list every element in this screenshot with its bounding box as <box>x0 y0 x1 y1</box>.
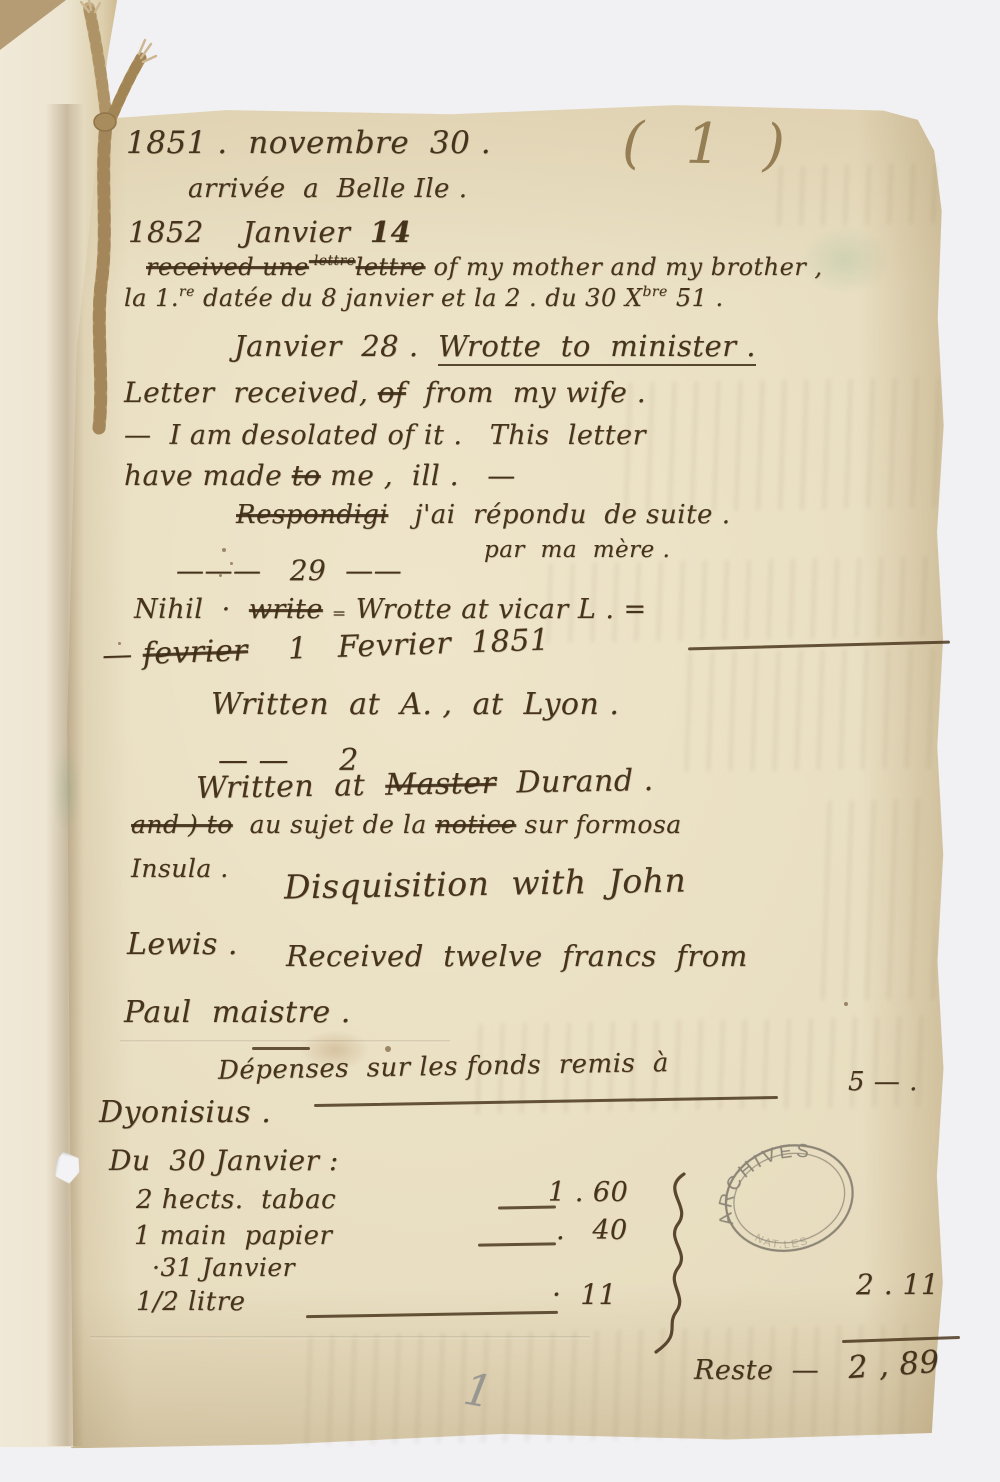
manuscript-line-l32: 2 . 11 <box>856 1270 939 1301</box>
manuscript-segment: Written at A. , at Lyon . <box>211 687 619 722</box>
manuscript-segment: arrivée a Belle Ile . <box>188 174 467 204</box>
manuscript-line-l30: ·31 Janvier <box>152 1254 295 1282</box>
manuscript-line-l18: and ) to au sujet de la notice sur formo… <box>131 811 682 839</box>
manuscript-segment: Lewis . <box>127 927 238 962</box>
manuscript-segment: 5 — . <box>848 1067 918 1097</box>
manuscript-line-l17: Written at Master Durand . <box>196 764 654 805</box>
manuscript-segment: . 40 <box>556 1215 628 1246</box>
manuscript-segment: of <box>378 376 406 409</box>
manuscript-segment: me , ill . — <box>321 459 516 492</box>
manuscript-segment: 2 hects. tabac <box>136 1185 336 1215</box>
manuscript-line-l31: 1/2 litre <box>136 1288 246 1317</box>
manuscript-line-l15: Written at A. , at Lyon . <box>211 688 619 721</box>
manuscript-segment: Written at <box>196 768 386 806</box>
bleed-through-text <box>619 377 941 513</box>
manuscript-segment: fevrier <box>142 633 249 672</box>
manuscript-line-l05: la 1.re datée du 8 janvier et la 2 . du … <box>124 285 724 311</box>
manuscript-line-l06: Janvier 28 . Wrotte to minister . <box>234 331 756 363</box>
paper-crease <box>90 1336 590 1339</box>
stamp-arc-bottom-text: NAT.LES <box>750 1220 811 1260</box>
manuscript-line-l09: have made to me , ill . — <box>124 461 516 492</box>
manuscript-segment: datée du 8 janvier et la 2 . du 30 X <box>195 284 643 312</box>
manuscript-segment: re <box>179 284 195 300</box>
manuscript-segment: ——— 29 —— <box>176 554 402 587</box>
manuscript-segment: of my mother and my brother , <box>425 253 822 281</box>
ink-rule <box>252 1047 310 1050</box>
manuscript-segment: Paul maistre . <box>124 995 351 1030</box>
manuscript-line-l23: Paul maistre . <box>124 996 351 1029</box>
manuscript-line-l21: Lewis . <box>127 928 238 961</box>
manuscript-segment: Received twelve francs from <box>286 939 748 973</box>
manuscript-line-l27: Du 30 Janvier : <box>109 1146 339 1177</box>
manuscript-line-l28: 2 hects. tabac <box>136 1186 336 1215</box>
manuscript-segment: 1/2 litre <box>136 1287 246 1317</box>
manuscript-line-l25: 5 — . <box>848 1068 918 1097</box>
manuscript-line-l33: Reste — <box>694 1356 819 1386</box>
manuscript-line-l34: 2 , 89 <box>847 1345 941 1385</box>
manuscript-segment: Reste — <box>694 1355 819 1386</box>
manuscript-segment: · 11 <box>552 1278 617 1311</box>
manuscript-segment: — I am desolated of it . This letter <box>124 420 646 451</box>
manuscript-line-l28v: 1 . 60 <box>548 1178 628 1208</box>
manuscript-line-l26: Dyonisius . <box>99 1096 271 1129</box>
stamp-arc-top-text: ARCHIVES <box>701 1134 827 1228</box>
expense-brace <box>640 1168 710 1363</box>
manuscript-segment: Master <box>385 766 497 803</box>
manuscript-photo: { "document": { "kind": "handwritten jou… <box>0 0 1000 1482</box>
manuscript-segment: from my wife . <box>406 376 646 409</box>
manuscript-line-l29: 1 main papier <box>134 1222 332 1251</box>
manuscript-line-l08: — I am desolated of it . This letter <box>124 421 646 451</box>
manuscript-line-l01: 1851 . novembre 30 . <box>126 126 491 160</box>
manuscript-segment: Dyonisius . <box>99 1095 271 1130</box>
manuscript-segment: 1852 Janvier <box>128 215 370 249</box>
manuscript-line-l04: received une lettrelettre of my mother a… <box>146 254 823 280</box>
manuscript-segment: 2 , 89 <box>847 1344 941 1386</box>
manuscript-segment: to <box>292 459 321 492</box>
manuscript-segment: ·31 Janvier <box>152 1253 295 1282</box>
bleed-through-text <box>818 799 936 1001</box>
manuscript-segment: notice <box>435 810 516 839</box>
manuscript-segment: lettre <box>309 253 356 269</box>
manuscript-segment: j'ai répondu de suite . <box>388 500 730 530</box>
manuscript-segment: Respondigi <box>236 500 388 530</box>
manuscript-segment: Disquisition with John <box>284 860 687 906</box>
manuscript-segment: la 1. <box>124 284 179 312</box>
manuscript-line-l22: Received twelve francs from <box>286 941 748 973</box>
manuscript-line-l12: ——— 29 —— <box>176 556 402 587</box>
manuscript-segment: received une <box>146 253 309 281</box>
pagination-mark: ( 1 ) <box>621 110 797 178</box>
manuscript-segment: Letter received, <box>124 376 378 409</box>
manuscript-line-l20: Disquisition with John <box>284 862 687 905</box>
manuscript-segment: par ma mère . <box>484 537 670 563</box>
svg-text:NAT.LES: NAT.LES <box>750 1220 811 1260</box>
manuscript-segment: au sujet de la <box>233 810 435 839</box>
manuscript-line-l10: Respondigi j'ai répondu de suite . <box>236 501 730 530</box>
manuscript-segment: write <box>249 594 323 625</box>
manuscript-segment: have made <box>124 459 292 492</box>
manuscript-line-l11: par ma mère . <box>484 538 670 563</box>
svg-text:ARCHIVES: ARCHIVES <box>701 1134 827 1228</box>
manuscript-line-l19: Insula . <box>131 855 229 883</box>
manuscript-segment: 1851 . novembre 30 . <box>126 125 491 161</box>
bleed-through-text <box>679 648 936 772</box>
manuscript-line-l02: arrivée a Belle Ile . <box>188 175 467 204</box>
manuscript-line-l03: 1852 Janvier 14 <box>128 217 411 249</box>
twine-knot <box>94 113 116 131</box>
manuscript-segment: Janvier 28 . <box>234 329 438 363</box>
green-stain <box>52 745 82 835</box>
manuscript-line-l29v: . 40 <box>556 1216 628 1246</box>
manuscript-segment: Nihil · <box>134 594 249 625</box>
manuscript-segment: Du 30 Janvier : <box>109 1144 339 1177</box>
manuscript-segment: bre <box>642 284 667 300</box>
manuscript-line-l13: Nihil · write ₌ Wrotte at vicar L . = <box>134 595 647 625</box>
manuscript-segment: — <box>102 637 144 673</box>
paper-crease <box>120 1040 450 1043</box>
manuscript-segment: 51 . <box>668 284 724 312</box>
manuscript-segment: and ) to <box>131 810 233 839</box>
manuscript-segment: 1 main papier <box>134 1221 332 1251</box>
manuscript-segment: Wrotte to minister . <box>438 329 756 366</box>
manuscript-segment: Durand . <box>496 763 654 801</box>
manuscript-segment: 2 . 11 <box>856 1268 939 1301</box>
manuscript-segment: lettre <box>356 253 426 281</box>
manuscript-line-l07: Letter received, of from my wife . <box>124 378 646 409</box>
manuscript-segment: 14 <box>370 215 411 249</box>
manuscript-segment: sur formosa <box>516 810 682 839</box>
manuscript-segment: 1 . 60 <box>548 1177 628 1208</box>
manuscript-segment: Insula . <box>131 854 229 883</box>
manuscript-line-l31v: · 11 <box>552 1280 617 1311</box>
manuscript-segment: ₌ Wrotte at vicar L . = <box>323 594 647 625</box>
